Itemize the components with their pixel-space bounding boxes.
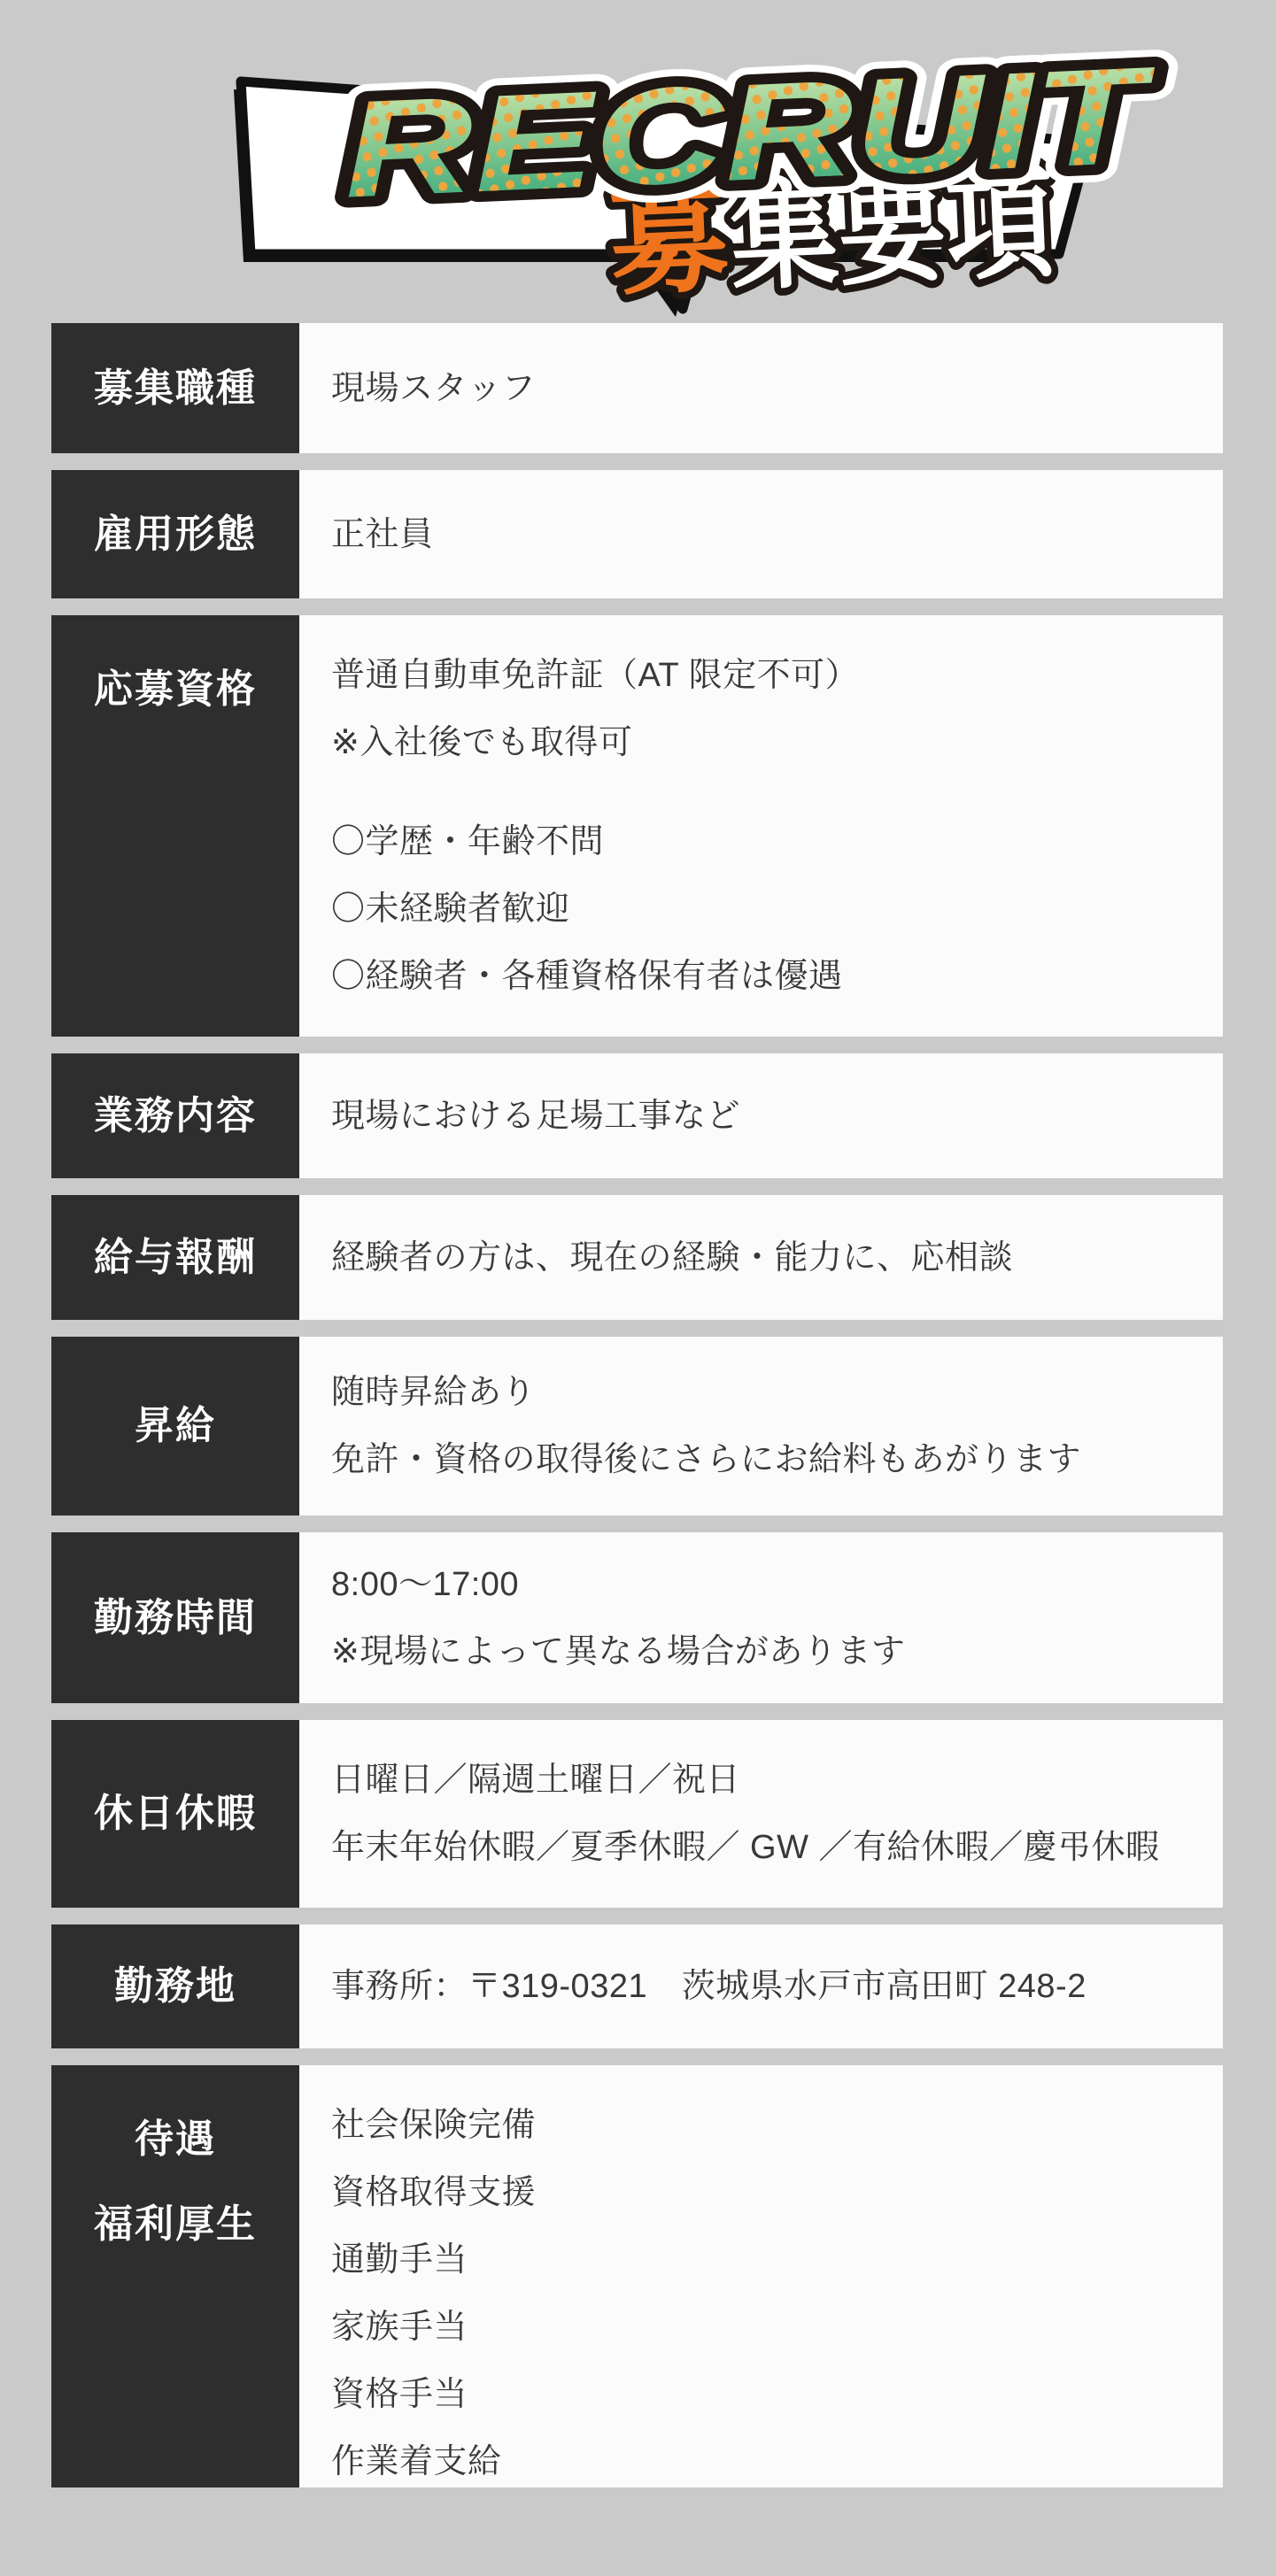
row-content: 現場スタッフ [299,323,1223,453]
content-line [331,776,1214,808]
content-line: 資格取得支援 [331,2159,1214,2226]
content-line: 現場における足場工事など [331,1083,1214,1150]
content-line: 免許・資格の取得後にさらにお給料もあがります [331,1426,1214,1493]
row-content: 社会保険完備 資格取得支援 通勤手当 家族手当 資格手当 作業着支給 [299,2065,1223,2487]
row-content: 事務所：〒319-0321 茨城県水戸市高田町 248-2 [299,1924,1223,2048]
content-line: ※現場によって異なる場合があります [331,1618,1214,1685]
content-line: 資格手当 [331,2361,1214,2428]
table-row-job-description: 業務内容 現場における足場工事など [51,1053,1223,1178]
content-line: 年末年始休暇／夏季休暇／ GW ／有給休暇／慶弔休暇 [331,1814,1214,1881]
row-content: 日曜日／隔週土曜日／祝日 年末年始休暇／夏季休暇／ GW ／有給休暇／慶弔休暇 [299,1720,1223,1908]
table-row-salary: 給与報酬 経験者の方は、現在の経験・能力に、応相談 [51,1195,1223,1320]
table-row-working-hours: 勤務時間 8:00〜17:00 ※現場によって異なる場合があります [51,1532,1223,1703]
content-line: 随時昇給あり [331,1359,1214,1426]
content-line: 正社員 [331,501,1214,568]
row-label: 応募資格 [51,615,299,1037]
content-line: 通勤手当 [331,2226,1214,2294]
table-row-holidays: 休日休暇 日曜日／隔週土曜日／祝日 年末年始休暇／夏季休暇／ GW ／有給休暇／… [51,1720,1223,1908]
content-line: 日曜日／隔週土曜日／祝日 [331,1747,1214,1814]
content-line: 経験者の方は、現在の経験・能力に、応相談 [331,1224,1214,1292]
row-content: 随時昇給あり 免許・資格の取得後にさらにお給料もあがります [299,1337,1223,1516]
table-row-work-location: 勤務地 事務所：〒319-0321 茨城県水戸市高田町 248-2 [51,1924,1223,2048]
row-label: 勤務地 [51,1924,299,2048]
content-line: 事務所：〒319-0321 茨城県水戸市高田町 248-2 [331,1953,1214,2020]
row-label-text: 勤務地 [114,1944,236,2029]
row-label-text: 休日休暇 [94,1771,257,1856]
row-label-text: 応募資格 [94,647,257,732]
table-row-raise: 昇給 随時昇給あり 免許・資格の取得後にさらにお給料もあがります [51,1337,1223,1516]
content-line: 〇経験者・各種資格保有者は優遇 [331,943,1214,1010]
header: 募 集要項 RECRUIT RECRUIT RECRUIT [0,0,1276,323]
content-line: 現場スタッフ [331,355,1214,422]
row-content: 8:00〜17:00 ※現場によって異なる場合があります [299,1532,1223,1703]
row-label: 募集職種 [51,323,299,453]
row-label-text: 昇給 [135,1384,216,1469]
table-row-employment-type: 雇用形態 正社員 [51,470,1223,598]
content-line: 〇未経験者歓迎 [331,875,1214,943]
row-content: 現場における足場工事など [299,1053,1223,1178]
table-row-qualifications: 応募資格 普通自動車免許証（AT 限定不可） ※入社後でも取得可 〇学歴・年齢不… [51,615,1223,1037]
row-content: 普通自動車免許証（AT 限定不可） ※入社後でも取得可 〇学歴・年齢不問 〇未経… [299,615,1223,1037]
content-line: 家族手当 [331,2294,1214,2361]
row-label: 業務内容 [51,1053,299,1178]
row-label: 雇用形態 [51,470,299,598]
row-label: 勤務時間 [51,1532,299,1703]
table-row-job-type: 募集職種 現場スタッフ [51,323,1223,453]
content-line: 〇学歴・年齢不問 [331,808,1214,875]
content-line: 普通自動車免許証（AT 限定不可） [331,642,1214,709]
content-line: 作業着支給 [331,2428,1214,2495]
row-label-text: 勤務時間 [94,1576,257,1661]
row-label-text: 業務内容 [94,1074,257,1159]
row-content: 正社員 [299,470,1223,598]
row-label-text: 雇用形態 [94,492,257,577]
row-label: 待遇 福利厚生 [51,2065,299,2487]
row-content: 経験者の方は、現在の経験・能力に、応相談 [299,1195,1223,1320]
row-label: 休日休暇 [51,1720,299,1908]
content-line: ※入社後でも取得可 [331,709,1214,776]
content-line: 8:00〜17:00 [331,1551,1214,1618]
row-label-text: 福利厚生 [94,2182,257,2267]
row-label: 給与報酬 [51,1195,299,1320]
row-label: 昇給 [51,1337,299,1516]
table-row-benefits: 待遇 福利厚生 社会保険完備 資格取得支援 通勤手当 家族手当 資格手当 作業着… [51,2065,1223,2487]
content-line: 社会保険完備 [331,2092,1214,2159]
row-label-text: 募集職種 [94,346,257,431]
speech-bubble-graphic: 募 集要項 RECRUIT RECRUIT RECRUIT [0,0,1276,354]
recruit-table: 募集職種 現場スタッフ 雇用形態 正社員 応募資格 普通自動車免許証（AT 限定… [51,323,1223,2487]
row-label-text: 給与報酬 [94,1215,257,1300]
row-label-text: 待遇 [135,2097,216,2182]
recruit-flyer: { "page": { "background": "#cacaca" }, "… [0,0,1276,2576]
